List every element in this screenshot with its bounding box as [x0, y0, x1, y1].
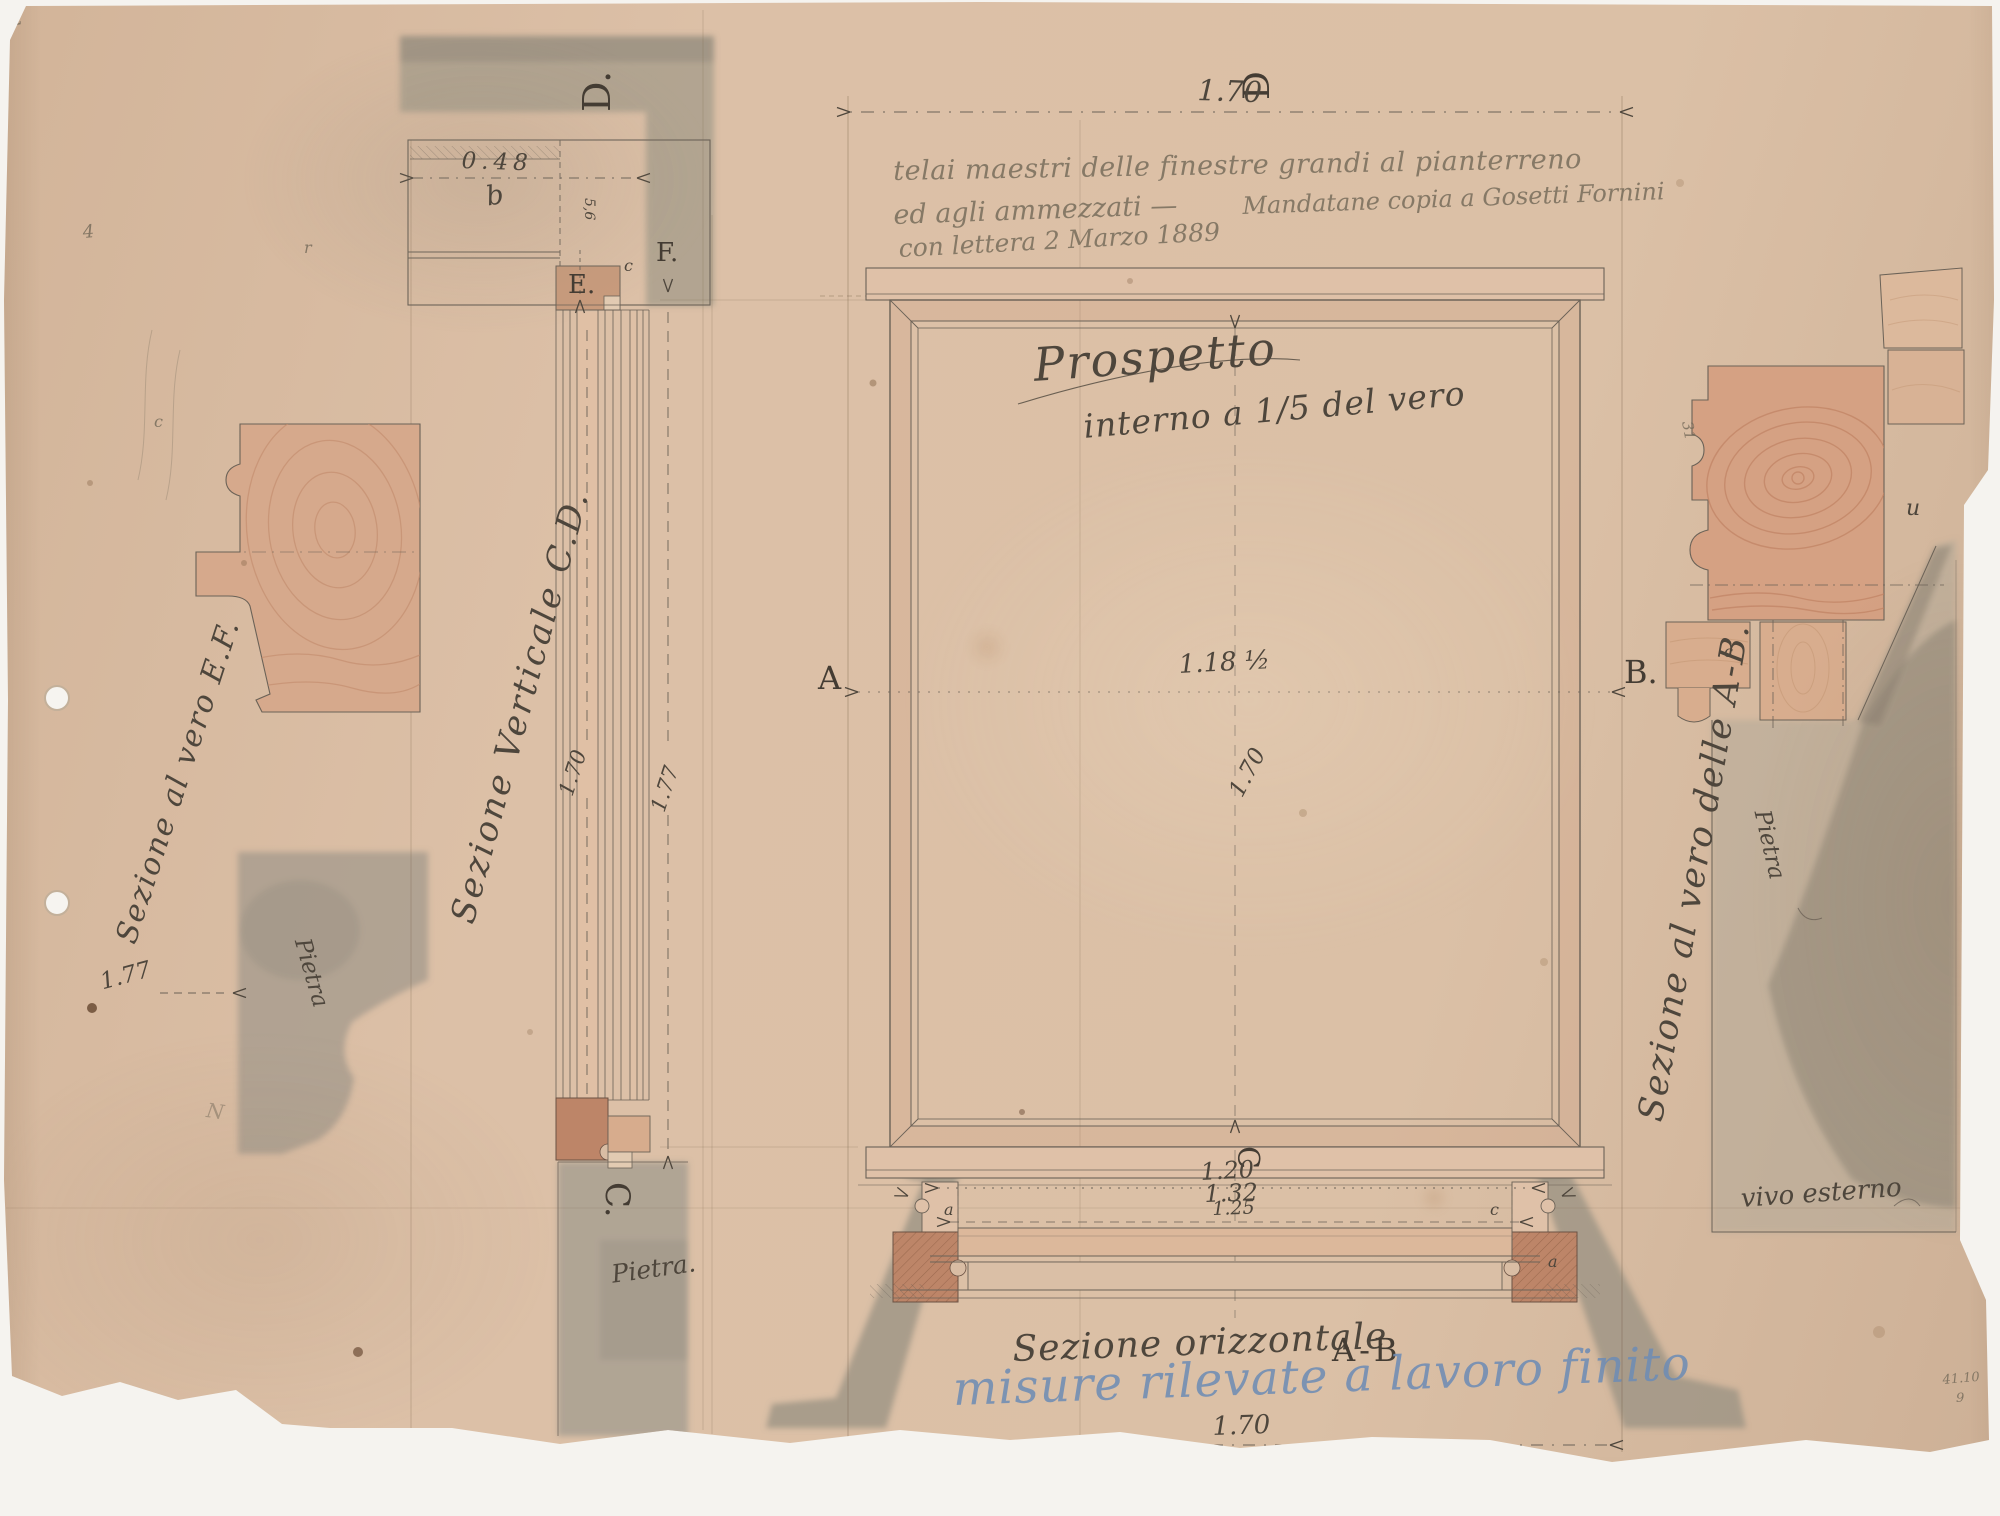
scanned-drawing-canvas: telai maestri delle finestre grandi al p… [0, 0, 2000, 1516]
hsection-small-a-right: a [1548, 1254, 1558, 1270]
punch-hole [45, 686, 69, 710]
vsection-marker-bottom: C. [600, 1182, 634, 1218]
elevation-dim-width: 1.18 ½ [1178, 647, 1271, 678]
elevation-marker-right: B. [1624, 656, 1658, 688]
elevation-drawing [837, 108, 1633, 1319]
paper-sheet: telai maestri delle finestre grandi al p… [0, 0, 2000, 1516]
elevation-dim-top: 1.70 [1197, 76, 1263, 107]
margin-mark-r: r [304, 240, 312, 256]
vsection-marker-top: D. [578, 71, 616, 112]
vsection-marker-e: E. [568, 272, 595, 298]
right-section-small-u: u [1906, 498, 1920, 520]
hsection-small-a-left: a [944, 1202, 954, 1218]
vsection-small-c: c [624, 258, 633, 274]
hsection-small-c-right: c [1490, 1202, 1499, 1218]
vsection-marker-f: F. [656, 240, 678, 266]
punch-hole [45, 891, 69, 915]
corner-mark-line2: 9 [1956, 1392, 1964, 1405]
margin-mark-4: 4 [82, 223, 95, 242]
vsection-dim-small: 5,6 [582, 198, 596, 220]
margin-mark-c: c [154, 414, 163, 430]
paper-stains [45, 179, 1885, 1357]
hsection-dim-3: 1.25 [1212, 1199, 1255, 1219]
elevation-marker-left: A [818, 662, 841, 694]
hsection-dim-bottom: 1.70 [1212, 1412, 1271, 1440]
right-section-mark-31: 31 [1679, 420, 1697, 441]
margin-mark-n: N [205, 1100, 225, 1122]
margin-mark-top-left: 2 [10, 10, 24, 30]
vsection-dim-width: 0.48 [461, 150, 533, 175]
corner-mark-line1: 41.10 [1942, 1371, 1980, 1387]
right-section-small-c: c [1724, 644, 1733, 660]
